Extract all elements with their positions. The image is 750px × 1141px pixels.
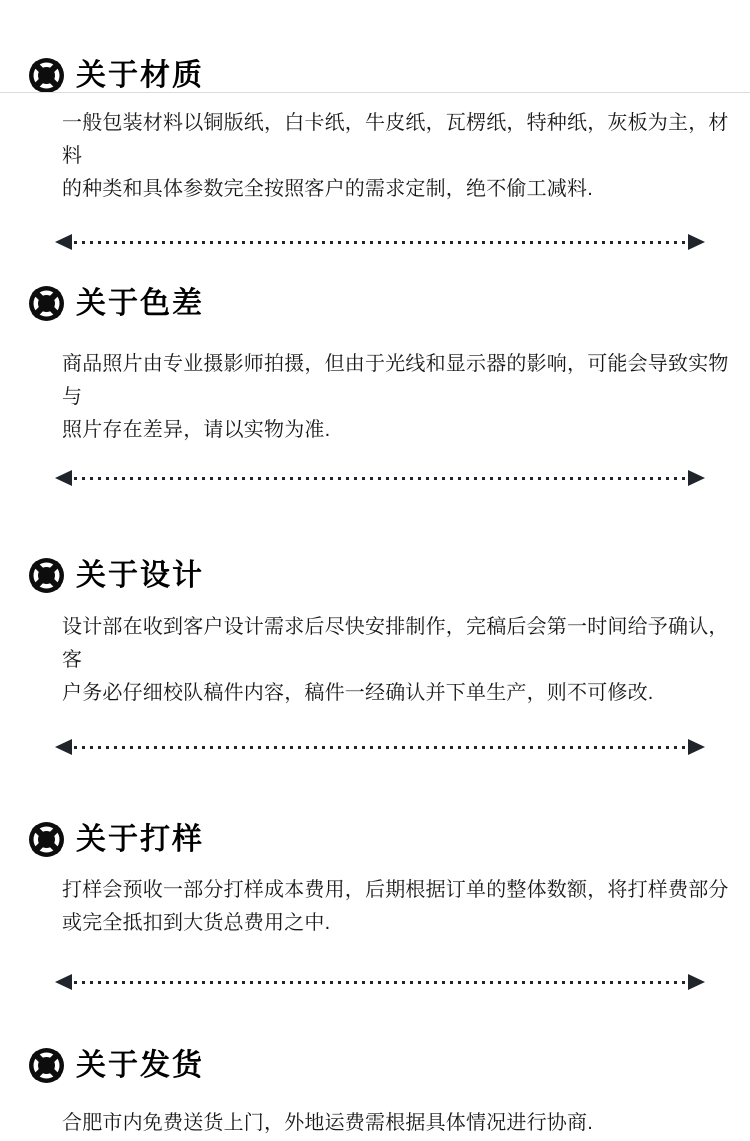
right-arrow-icon [688, 974, 705, 990]
dashed-line [74, 746, 686, 749]
text-line: 合肥市内免费送货上门，外地运费需根据具体情况进行协商. [62, 1112, 593, 1134]
section-separator-line [0, 92, 750, 93]
left-arrow-icon [55, 234, 72, 250]
text-line: 打样会预收一部分打样成本费用，后期根据订单的整体数额，将打样费部分 [62, 879, 729, 901]
section-text-sampling: 打样会预收一部分打样成本费用，后期根据订单的整体数额，将打样费部分或完全抵扣到大… [62, 874, 730, 940]
text-line: 户务必仔细校队稿件内容，稿件一经确认并下单生产，则不可修改. [62, 682, 654, 704]
section-title: 关于发货 [76, 1047, 204, 1084]
target-icon [28, 557, 65, 594]
target-icon [28, 285, 65, 322]
target-icon [28, 821, 65, 858]
section-title: 关于材质 [76, 57, 204, 94]
text-line: 商品照片由专业摄影师拍摄，但由于光线和显示器的影响，可能会导致实物与 [62, 353, 729, 408]
left-arrow-icon [55, 974, 72, 990]
section-text-color-difference: 商品照片由专业摄影师拍摄，但由于光线和显示器的影响，可能会导致实物与照片存在差异… [62, 348, 730, 447]
section-header-shipping: 关于发货 [28, 1047, 750, 1084]
divider-arrow-line [55, 234, 705, 250]
text-line: 的种类和具体参数完全按照客户的需求定制，绝不偷工减料. [62, 178, 593, 200]
section-text-design: 设计部在收到客户设计需求后尽快安排制作，完稿后会第一时间给予确认，客户务必仔细校… [62, 611, 730, 710]
divider-arrow-line [55, 974, 705, 990]
text-line: 设计部在收到客户设计需求后尽快安排制作，完稿后会第一时间给予确认，客 [62, 616, 729, 671]
product-info-page: 关于材质 一般包装材料以铜版纸，白卡纸，牛皮纸，瓦楞纸，特种纸，灰板为主，材料的… [0, 0, 750, 1141]
section-text-material: 一般包装材料以铜版纸，白卡纸，牛皮纸，瓦楞纸，特种纸，灰板为主，材料的种类和具体… [62, 107, 730, 206]
dashed-line [74, 477, 686, 480]
section-title: 关于设计 [76, 557, 204, 594]
section-text-shipping: 合肥市内免费送货上门，外地运费需根据具体情况进行协商. [62, 1107, 730, 1140]
section-title: 关于色差 [76, 285, 204, 322]
section-header-material: 关于材质 [28, 57, 750, 94]
right-arrow-icon [688, 739, 705, 755]
left-arrow-icon [55, 470, 72, 486]
right-arrow-icon [688, 234, 705, 250]
section-title: 关于打样 [76, 821, 204, 858]
section-header-sampling: 关于打样 [28, 821, 750, 858]
text-line: 一般包装材料以铜版纸，白卡纸，牛皮纸，瓦楞纸，特种纸，灰板为主，材料 [62, 112, 729, 167]
target-icon [28, 57, 65, 94]
left-arrow-icon [55, 739, 72, 755]
text-line: 照片存在差异，请以实物为准. [62, 419, 330, 441]
dashed-line [74, 241, 686, 244]
dashed-line [74, 981, 686, 984]
right-arrow-icon [688, 470, 705, 486]
section-header-design: 关于设计 [28, 557, 750, 594]
divider-arrow-line [55, 470, 705, 486]
divider-arrow-line [55, 739, 705, 755]
text-line: 或完全抵扣到大货总费用之中. [62, 912, 330, 934]
section-header-color-difference: 关于色差 [28, 285, 750, 322]
target-icon [28, 1047, 65, 1084]
